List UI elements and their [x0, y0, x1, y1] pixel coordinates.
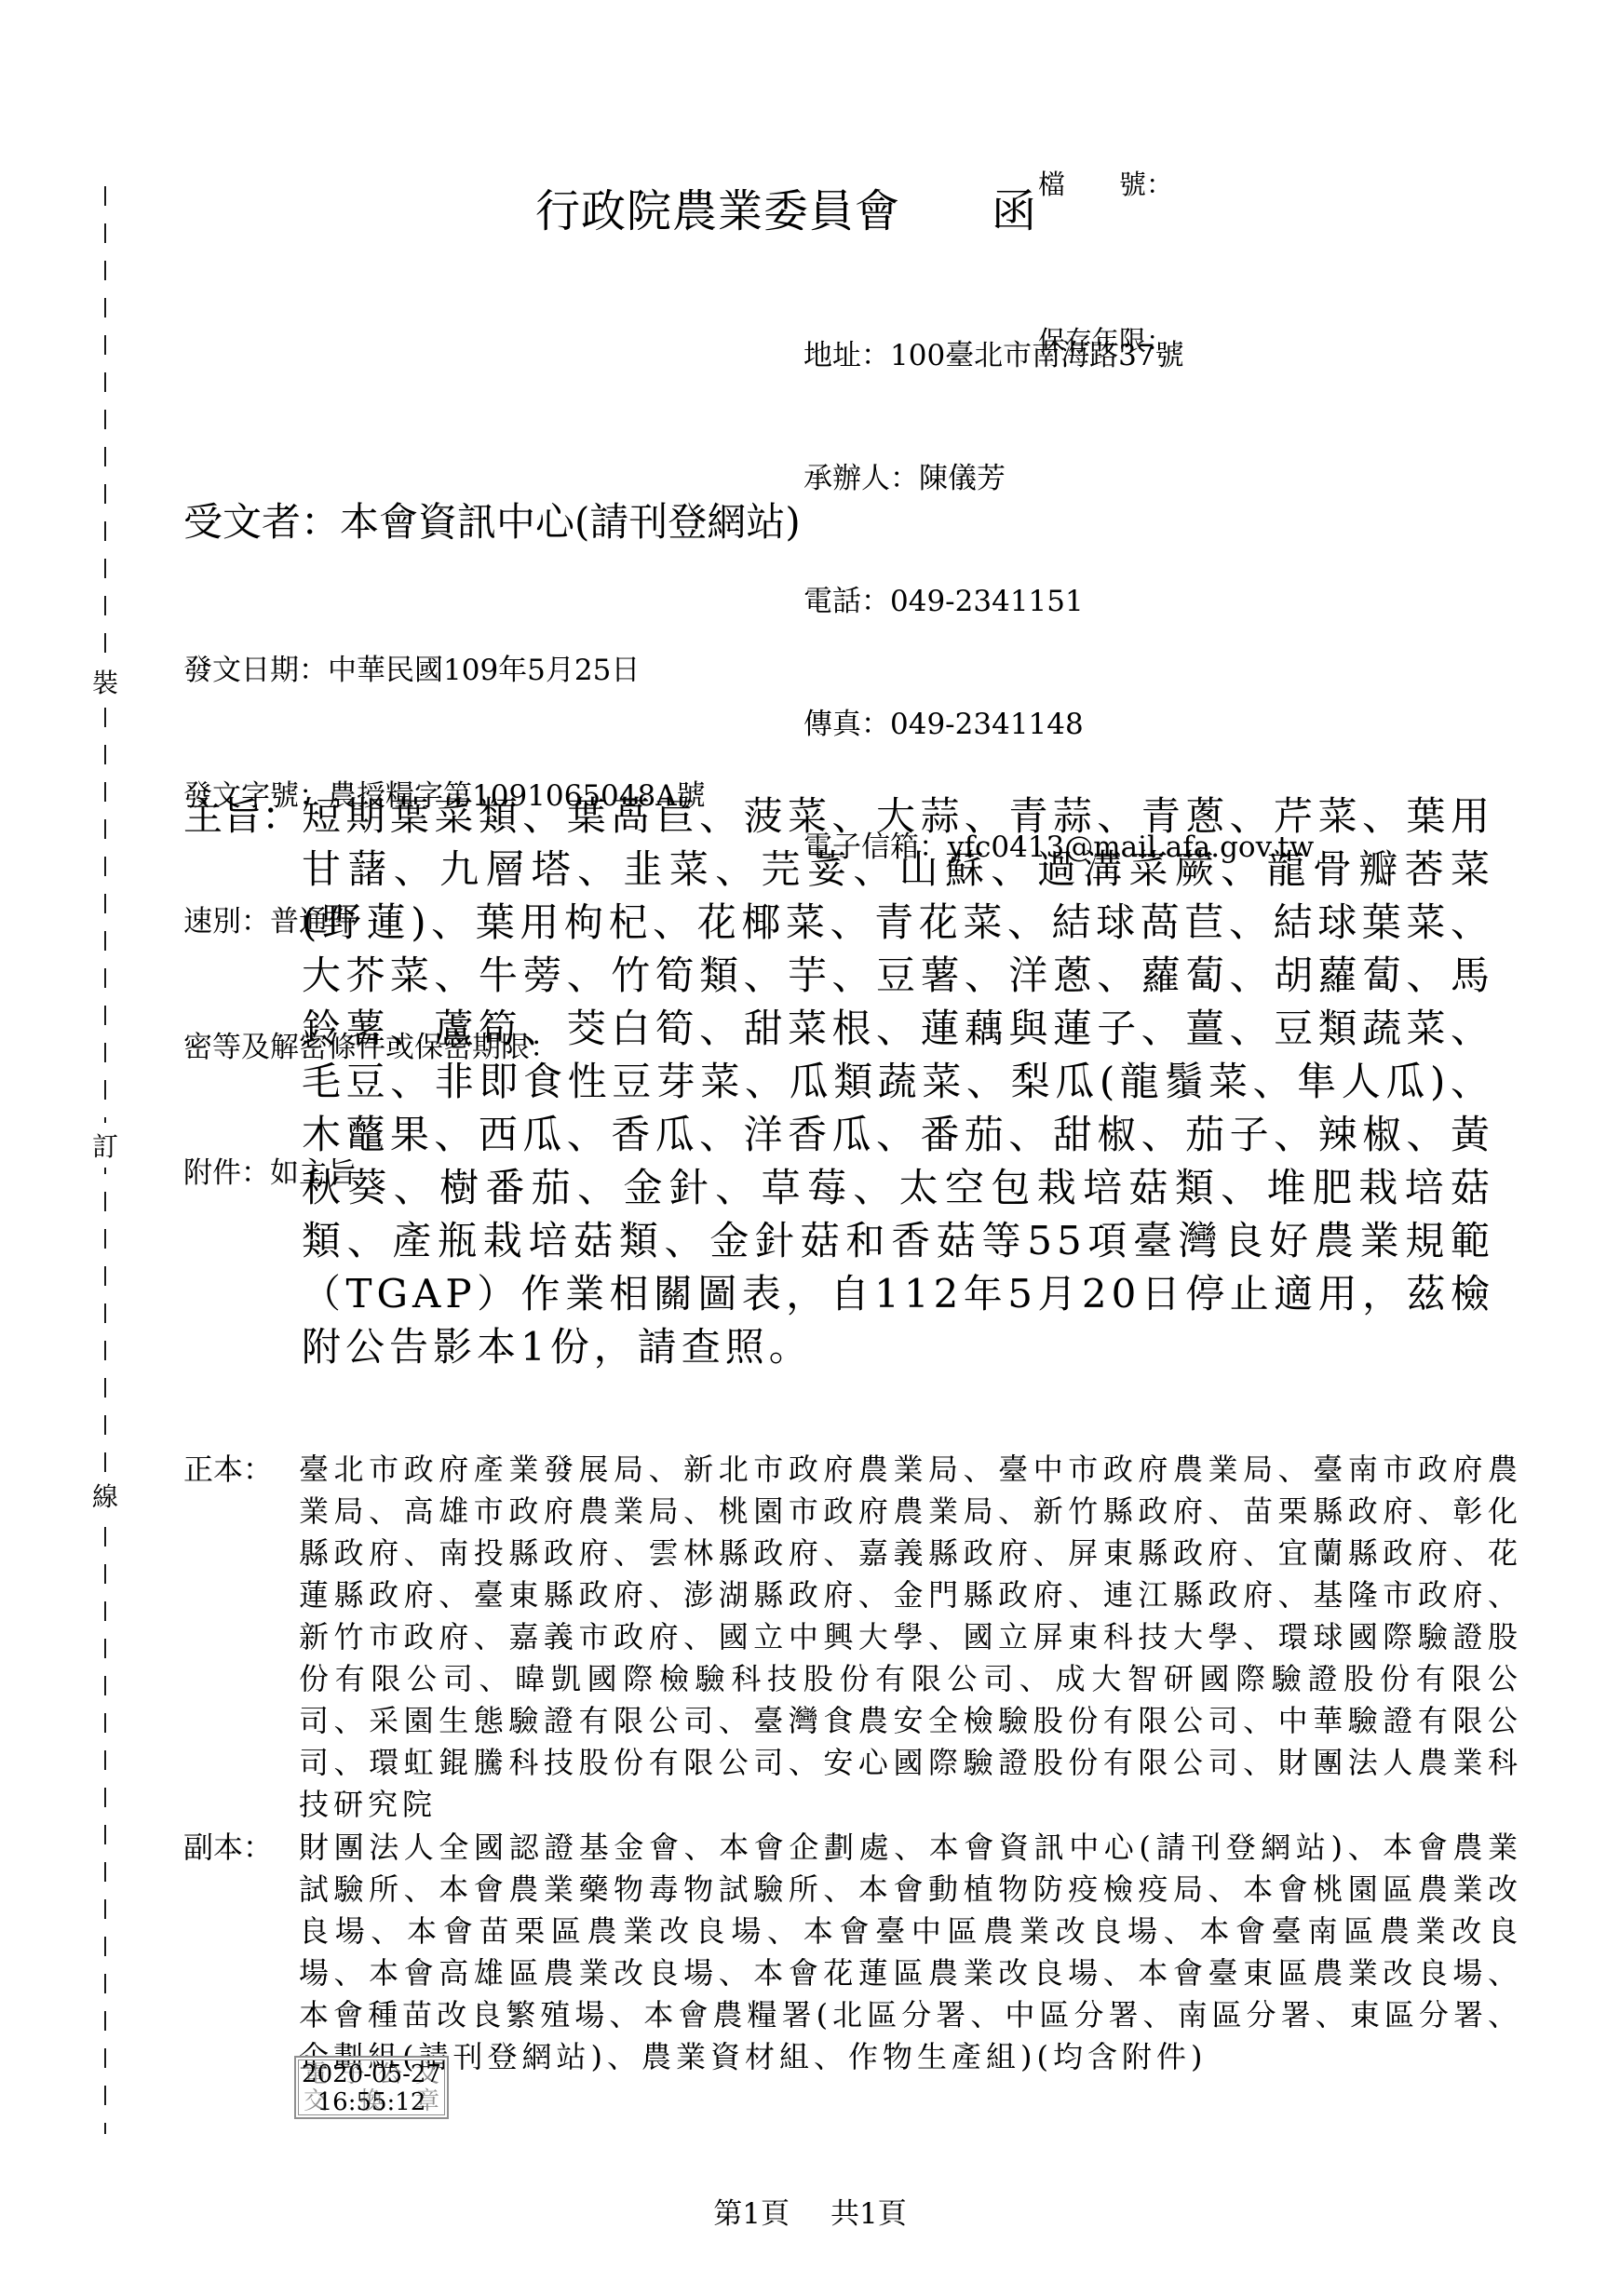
primary-recipients-paragraph: 正本： 臺北市政府產業發展局、新北市政府農業局、臺中市政府農業局、臺南市政府農業… — [183, 1449, 1522, 1826]
binding-char-xian: 線 — [89, 1473, 121, 1518]
sender-address: 地址：100臺北市南海路37號 — [803, 335, 1314, 376]
recipient-line: 受文者：本會資訊中心(請刊登網站) — [183, 492, 801, 547]
stamp-time: 16:55:12 — [317, 2088, 426, 2116]
document-title: 行政院農業委員會 函 — [535, 175, 1037, 239]
stamp-date: 2020-05-27 — [302, 2060, 441, 2088]
page-footer: 第1頁共1頁 — [0, 2190, 1620, 2232]
issue-date-line: 發文日期：中華民國109年5月25日 — [183, 650, 706, 692]
subject-text: 短期葉菜類、葉萵苣、菠菜、大蒜、青蒜、青蔥、芹菜、葉用甘藷、九層塔、韭菜、芫荽、… — [302, 790, 1494, 1373]
file-number-label: 檔 號： — [1038, 158, 1173, 210]
subject-paragraph: 主旨： 短期葉菜類、葉萵苣、菠菜、大蒜、青蒜、青蔥、芹菜、葉用甘藷、九層塔、韭菜… — [183, 790, 1494, 1373]
sender-phone: 電話：049-2341151 — [803, 581, 1314, 622]
copy-recipients-label: 副本： — [183, 1827, 299, 1869]
official-letter-page: 檔 號： 保存年限： 行政院農業委員會 函 地址：100臺北市南海路37號 承辦… — [0, 0, 1620, 2296]
stamp-datetime-overlay: 2020-05-27 16:55:12 — [296, 2058, 447, 2117]
binding-char-zhuang: 裝 — [89, 659, 121, 704]
binding-char-ding: 訂 — [89, 1123, 121, 1168]
sender-fax: 傳真：049-2341148 — [803, 704, 1314, 745]
copy-recipients-text: 財團法人全國認證基金會、本會企劃處、本會資訊中心(請刊登網站)、本會農業試驗所、… — [299, 1827, 1522, 2078]
footer-page-number: 第1頁 — [713, 2197, 790, 2231]
copy-recipients-paragraph: 副本： 財團法人全國認證基金會、本會企劃處、本會資訊中心(請刊登網站)、本會農業… — [183, 1827, 1522, 2078]
primary-recipients-text: 臺北市政府產業發展局、新北市政府農業局、臺中市政府農業局、臺南市政府農業局、高雄… — [299, 1449, 1522, 1826]
footer-total-pages: 共1頁 — [830, 2197, 907, 2231]
primary-recipients-label: 正本： — [183, 1449, 299, 1491]
electronic-exchange-stamp: 電子公文 交換章 2020-05-27 16:55:12 — [294, 2056, 449, 2119]
sender-contact-person: 承辦人：陳儀芳 — [803, 458, 1314, 499]
subject-label: 主旨： — [183, 790, 302, 843]
